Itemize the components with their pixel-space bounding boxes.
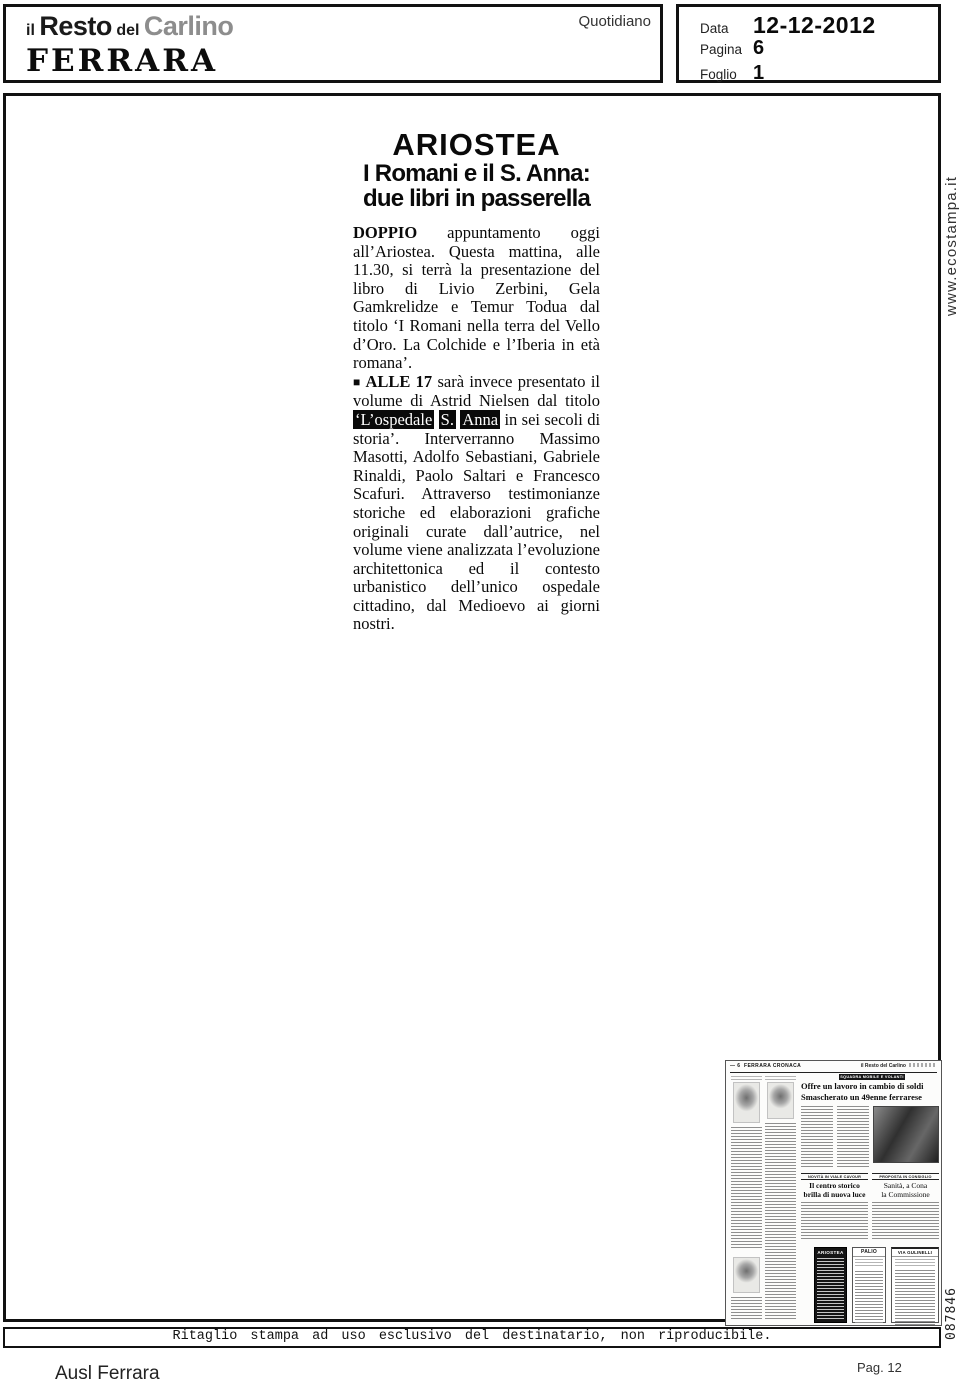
newspaper-logo: il Resto del Carlino FERRARA	[26, 13, 233, 77]
pseudo-text-block-inverse	[817, 1258, 844, 1320]
meta-row-foglio: Foglio 1	[700, 62, 938, 87]
clipping-code: 087846	[944, 1287, 959, 1340]
thumb-news-photo	[873, 1106, 939, 1163]
thumb-page-number: 6	[737, 1063, 740, 1069]
thumb-clipped-article-box: ARIOSTEA	[814, 1247, 847, 1323]
client-name: Ausl Ferrara	[55, 1363, 160, 1385]
page-reference: Pag. 12	[857, 1360, 902, 1375]
thumb-box2-headline-2: la Commissione	[872, 1191, 939, 1200]
logo-word-del: del	[116, 22, 139, 39]
portrait-photo-3	[767, 1082, 794, 1119]
disclaimer-text: Ritaglio stampa ad uso esclusivo del des…	[173, 1329, 772, 1344]
thumb-box1-tag: NOVITÀ IN VIALE CAVOUR	[801, 1173, 868, 1180]
article-body: DOPPIO appuntamento oggi all’Ariostea. Q…	[353, 224, 600, 634]
press-clipping-page: il Resto del Carlino FERRARA Quotidiano …	[0, 0, 960, 1388]
pseudo-text-block	[765, 1123, 796, 1319]
thumb-palio-tag: PALIO	[853, 1248, 885, 1257]
logo-edition-city: FERRARA	[26, 45, 233, 77]
meta-row-pagina: Pagina 6	[700, 37, 938, 62]
paragraph1-text: appuntamento oggi all’Ariostea. Questa m…	[353, 223, 600, 372]
highlighted-term-3: Anna	[460, 410, 500, 429]
data-value: 12-12-2012	[753, 12, 876, 39]
thumb-box1-headline-2: brilla di nuova luce	[801, 1191, 868, 1200]
meta-row-data: Data 12-12-2012	[700, 12, 938, 37]
thumb-masthead: il Resto del Carlino	[861, 1063, 937, 1069]
highlighted-term-2: S.	[439, 410, 456, 429]
portrait-photo-1	[733, 1082, 760, 1123]
thumb-header-rule	[730, 1072, 937, 1073]
thumb-mid-box-2: PROPOSTA IN CONSIGLIO Sanità, a Cona la …	[872, 1173, 939, 1243]
paragraph2-text-b: in sei secoli di storia’. Interverranno …	[353, 410, 600, 634]
logo-word-resto: Resto	[39, 11, 112, 41]
pseudo-text-block	[801, 1106, 833, 1169]
clipping-box: ARIOSTEA I Romani e il S. Anna: due libr…	[3, 93, 941, 1322]
pseudo-text-block	[872, 1202, 939, 1240]
thumb-masthead-text: il Resto del Carlino	[861, 1063, 906, 1069]
thumb-lead-headline-1: Offre un lavoro in cambio di soldi	[801, 1081, 939, 1092]
page-thumbnail: — 6 FERRARA CRONACA il Resto del Carlino…	[725, 1060, 942, 1326]
pagina-label: Pagina	[700, 42, 753, 57]
thumb-via-gulinelli-box: VIA GULINELLI	[891, 1247, 939, 1323]
paragraph2-lead: ALLE 17	[365, 372, 432, 391]
pagina-value: 6	[753, 37, 764, 60]
thumb-section-name: FERRARA CRONACA	[744, 1063, 801, 1069]
pseudo-text-block	[895, 1270, 935, 1325]
article: ARIOSTEA I Romani e il S. Anna: due libr…	[353, 129, 600, 634]
thumb-section-header: — 6 FERRARA CRONACA	[730, 1063, 801, 1069]
pseudo-text-block	[731, 1127, 762, 1249]
thumb-clip-tag: ARIOSTEA	[815, 1248, 846, 1255]
thumb-lead-tag: SQUADRA MOBILE E VOLANTI	[839, 1074, 905, 1080]
article-title-line2: due libri in passerella	[353, 186, 600, 211]
logo-word-il: il	[26, 22, 35, 39]
thumb-lead-headline: Offre un lavoro in cambio di soldi Smasc…	[801, 1081, 939, 1102]
thumb-box2-tag: PROPOSTA IN CONSIGLIO	[872, 1173, 939, 1180]
thumb-palio-box: PALIO	[852, 1247, 886, 1323]
pseudo-text-block	[837, 1106, 869, 1169]
portrait-photo-2	[733, 1257, 760, 1293]
square-bullet-icon: ■	[353, 375, 361, 389]
logo-word-carlino: Carlino	[144, 11, 234, 41]
article-kicker: ARIOSTEA	[353, 129, 600, 161]
pseudo-text-block	[765, 1076, 796, 1080]
pseudo-text-block	[895, 1259, 935, 1267]
paragraph1-lead: DOPPIO	[353, 223, 417, 242]
foglio-value: 1	[753, 62, 764, 85]
pseudo-text-block	[855, 1271, 883, 1326]
highlighted-term-1: ‘L’ospedale	[353, 410, 434, 429]
publication-type-label: Quotidiano	[578, 13, 651, 30]
thumb-mid-box-1: NOVITÀ IN VIALE CAVOUR Il centro storico…	[801, 1173, 868, 1243]
thumb-lead-headline-2: Smascherato un 49enne ferrarese	[801, 1092, 939, 1103]
article-title-line1: I Romani e il S. Anna:	[353, 161, 600, 186]
thumb-date-placeholder	[909, 1063, 937, 1067]
pseudo-text-block	[731, 1297, 762, 1319]
article-paragraph-2: ■ALLE 17 sarà invece presentato il volum…	[353, 373, 600, 634]
data-label: Data	[700, 21, 753, 36]
pseudo-text-block	[855, 1259, 883, 1267]
pseudo-text-block	[801, 1202, 868, 1240]
ecostampa-watermark: www.ecostampa.it	[943, 176, 960, 316]
thumb-via-tag: VIA GULINELLI	[892, 1249, 938, 1257]
pseudo-text-block	[731, 1076, 762, 1080]
article-paragraph-1: DOPPIO appuntamento oggi all’Ariostea. Q…	[353, 224, 600, 373]
meta-box: Data 12-12-2012 Pagina 6 Foglio 1	[676, 4, 941, 83]
disclaimer-box: Ritaglio stampa ad uso esclusivo del des…	[3, 1327, 941, 1348]
masthead-box: il Resto del Carlino FERRARA Quotidiano	[3, 4, 663, 83]
foglio-label: Foglio	[700, 67, 753, 82]
